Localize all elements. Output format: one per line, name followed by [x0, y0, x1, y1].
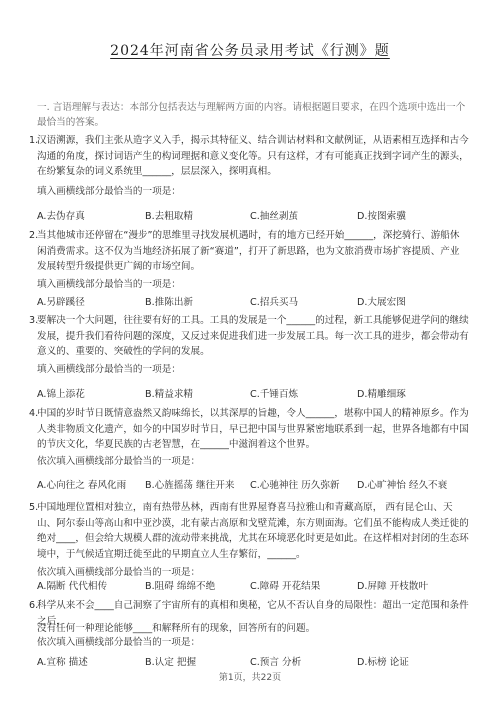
section-instructions: 一. 言语理解与表达：本部分包括表达与理解两方面的内容。请根据题目要求，在四个选… [37, 100, 467, 130]
option-c[interactable]: C.障碍 开花结果 [250, 578, 320, 592]
page-footer: 第1页，共22页 [0, 670, 500, 683]
option-d[interactable]: D.按图索骥 [357, 208, 406, 222]
question-stem: 汉语溯源，我们主张从造字义入手，揭示其特征义、结合训诂材料和文献例证，从语素相互… [37, 133, 469, 180]
option-b[interactable]: B.精益求精 [145, 386, 193, 400]
options-row: A.锦上添花 B.精益求精 C.千锤百炼 D.精雕细琢 [37, 386, 477, 400]
question-stem: 要解决一个大问题，往往要有好的工具。工具的发展是一个______的过程，新工具能… [37, 313, 469, 360]
option-a[interactable]: A.去伪存真 [37, 208, 85, 222]
option-b[interactable]: B.推陈出新 [145, 294, 193, 308]
options-row: A.隔断 代代相传 B.阻碍 绵绵不绝 C.障碍 开花结果 D.屏障 开枝散叶 [37, 578, 477, 592]
option-c[interactable]: C.预言 分析 [250, 654, 301, 668]
option-d[interactable]: D.精雕细琢 [357, 386, 406, 400]
question-1: 1. 汉语溯源，我们主张从造字义入手，揭示其特征义、结合训诂材料和文献例证，从语… [29, 133, 469, 180]
question-3: 3. 要解决一个大问题，往往要有好的工具。工具的发展是一个______的过程，新… [29, 313, 469, 360]
question-prompt: 依次填入画横线部分最恰当的一项是： [37, 455, 200, 469]
options-row: A.去伪存真 B.去粗取精 C.抽丝剥茧 D.按图索骥 [37, 208, 477, 222]
question-number: 2. [29, 228, 38, 244]
option-a[interactable]: A.宣称 描述 [37, 654, 88, 668]
question-number: 6. [29, 598, 38, 614]
option-c[interactable]: C.抽丝剥茧 [250, 208, 298, 222]
options-row: A.另辟蹊径 B.推陈出新 C.招兵买马 D.大展宏图 [37, 294, 477, 308]
option-a[interactable]: A.锦上添花 [37, 386, 85, 400]
question-number: 5. [29, 500, 38, 516]
option-c[interactable]: C.招兵买马 [250, 294, 298, 308]
option-c[interactable]: C.心驰神往 历久弥新 [250, 477, 340, 491]
page-title: 2024年河南省公务员录用考试《行测》题 [0, 40, 500, 60]
option-b[interactable]: B.去粗取精 [145, 208, 193, 222]
option-d[interactable]: D.标榜 论证 [357, 654, 409, 668]
question-prompt: 填入画横线部分最恰当的一项是： [37, 185, 181, 199]
option-a[interactable]: A.隔断 代代相传 [37, 578, 107, 592]
question-4: 4. 中国的岁时节日既情意盎然又韵味绵长，以其深厚的旨趣，令人______，堪称… [29, 406, 469, 453]
question-stem-continued: 没有任何一种理论能够____和解释所有的现象，回答所有的问题。 [37, 622, 315, 636]
question-number: 1. [29, 133, 38, 149]
option-c[interactable]: C.千锤百炼 [250, 386, 298, 400]
question-number: 3. [29, 313, 38, 329]
option-b[interactable]: B.认定 把握 [145, 654, 196, 668]
question-stem: 中国地理位置相对独立，南有热带丛林，西南有世界屋脊喜马拉雅山和青藏高原， 西有昆… [37, 500, 469, 562]
question-prompt: 填入画横线部分最恰当的一项是： [37, 278, 181, 292]
option-d[interactable]: D.心旷神怡 经久不衰 [357, 477, 447, 491]
option-a[interactable]: A.另辟蹊径 [37, 294, 85, 308]
question-stem: 当其他城市还停留在“漫步”的思维里寻找发展机遇时，有的地方已经开始______，… [37, 228, 469, 275]
options-row: A.心向往之 春风化雨 B.心旌摇荡 继往开来 C.心驰神往 历久弥新 D.心旷… [37, 477, 477, 491]
question-5: 5. 中国地理位置相对独立，南有热带丛林，西南有世界屋脊喜马拉雅山和青藏高原， … [29, 500, 469, 562]
question-stem: 中国的岁时节日既情意盎然又韵味绵长，以其深厚的旨趣，令人______，堪称中国人… [37, 406, 469, 453]
question-prompt: 依次填入画横线部分最恰当的一项是： [37, 636, 200, 650]
option-b[interactable]: B.阻碍 绵绵不绝 [145, 578, 215, 592]
options-row: A.宣称 描述 B.认定 把握 C.预言 分析 D.标榜 论证 [37, 654, 477, 668]
option-a[interactable]: A.心向往之 春风化雨 [37, 477, 126, 491]
option-d[interactable]: D.大展宏图 [357, 294, 406, 308]
option-b[interactable]: B.心旌摇荡 继往开来 [145, 477, 234, 491]
option-d[interactable]: D.屏障 开枝散叶 [357, 578, 428, 592]
question-number: 4. [29, 406, 38, 422]
question-2: 2. 当其他城市还停留在“漫步”的思维里寻找发展机遇时，有的地方已经开始____… [29, 228, 469, 275]
question-prompt: 填入画横线部分最恰当的一项是： [37, 363, 181, 377]
